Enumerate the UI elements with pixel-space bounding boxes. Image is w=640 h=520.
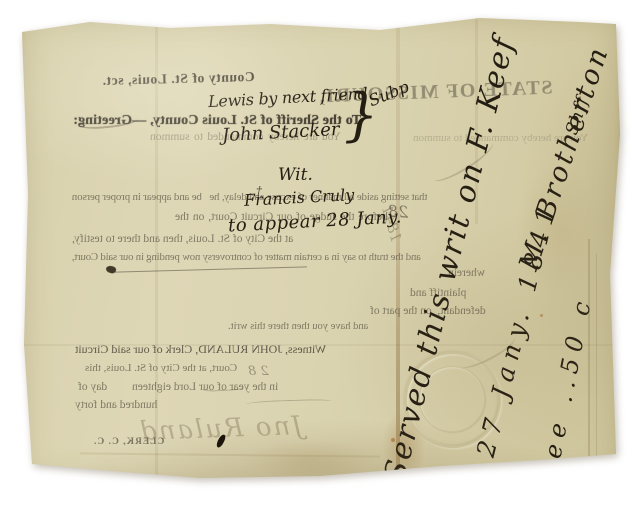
printed-year-line: in the year of our Lord eighteen	[132, 382, 278, 394]
printed-witness-line: Witness, JOHN RULAND, Clerk of our said …	[75, 343, 326, 355]
printed-city-line: at the City of St. Louis, then and there…	[72, 234, 293, 246]
printed-truth-line: and the truth to say in a certain matter…	[72, 252, 421, 263]
printed-writ-line: and have you then there this writ.	[228, 322, 368, 333]
stain-bottom-center	[245, 439, 375, 481]
ink-speck-2	[540, 314, 543, 317]
docket-wit-label: Wit.	[278, 167, 313, 184]
ink-blot-middle	[105, 265, 117, 275]
return-fee-line: Fee ..50 c	[536, 293, 595, 482]
ghost-stroke-hundred-line	[246, 399, 332, 409]
ghost-stroke-middle	[115, 266, 307, 275]
paper-sheet: County of St. Louis, sct. STATE OF MISSO…	[20, 14, 620, 482]
printed-court-line: Court, at the City of St. Louis, this	[85, 363, 237, 374]
wrinkle-bottom	[80, 452, 380, 457]
docket-witness-name: Francis Cruly	[244, 187, 355, 209]
printed-hundred-line: hundred and forty	[75, 400, 157, 412]
document-scan: County of St. Louis, sct. STATE OF MISSO…	[0, 0, 640, 520]
day-ghost-28-bottom: 2 8	[248, 365, 269, 378]
printed-county-line: County of St. Louis, sct.	[102, 70, 255, 87]
printed-clerk-label: CLERK, C. C.	[93, 438, 164, 448]
crease-right-double-2	[596, 254, 597, 476]
printed-day-of-label: day of	[78, 382, 107, 394]
crease-right-double-1	[588, 239, 590, 477]
